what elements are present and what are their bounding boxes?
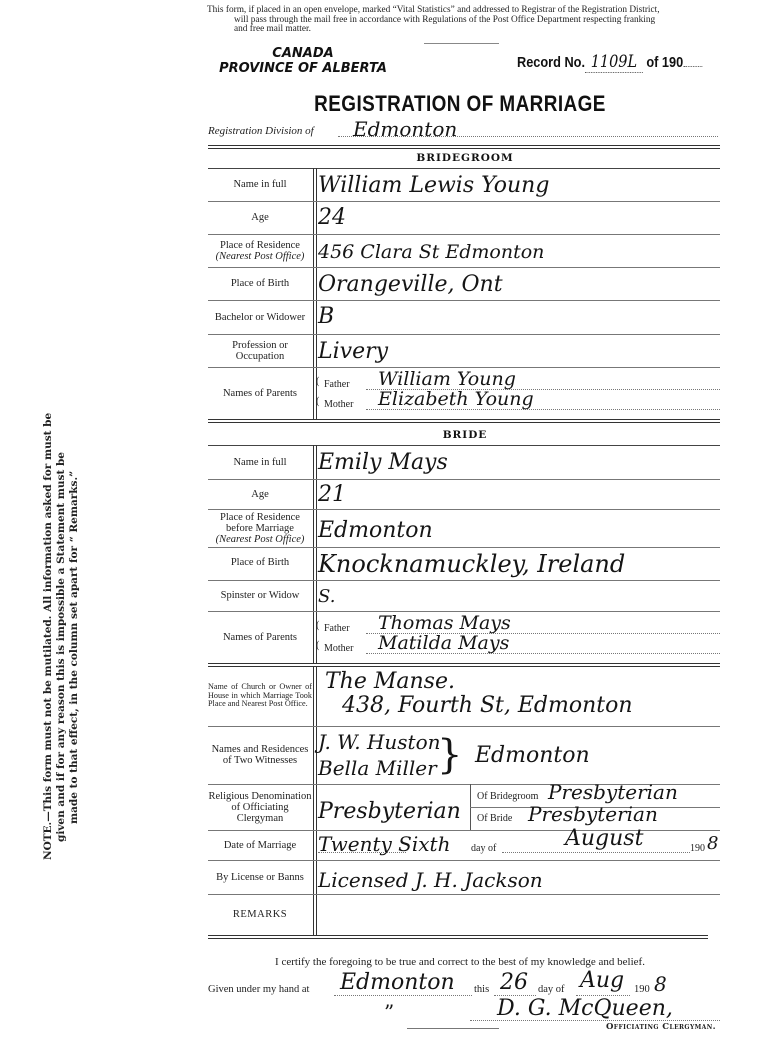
record-number: Record No.1109L of 190	[517, 52, 702, 73]
label-bride-age: Age	[208, 479, 312, 509]
groom-residence-value[interactable]: 456 Clara St Edmonton	[318, 238, 544, 266]
label-groom-name: Name in full	[208, 168, 312, 201]
father-label: Father	[324, 623, 350, 634]
label-bride-residence: Place of Residence before Marriage (Near…	[215, 509, 305, 547]
label-denomination: Religious Denomination of Officiating Cl…	[208, 784, 312, 830]
label-remarks: REMARKS	[208, 894, 312, 935]
year-prefix: 190	[634, 984, 650, 995]
license-value[interactable]: Licensed J. H. Jackson	[318, 866, 543, 894]
country-label: CANADA	[208, 46, 398, 61]
bride-age-value[interactable]: 21	[318, 481, 346, 509]
bride-residence-value[interactable]: Edmonton	[318, 517, 433, 545]
bride-mother-field: ( Mother Matilda Mays	[318, 640, 720, 656]
of-bridegroom-label: Of Bridegroom	[477, 791, 538, 802]
given-month-value[interactable]: Aug	[580, 968, 624, 993]
of-bride-label: Of Bride	[477, 813, 512, 824]
province-label: PROVINCE OF ALBERTA	[208, 61, 398, 76]
date-day-of-label: day of	[471, 843, 496, 854]
record-label: Record No.	[517, 54, 585, 71]
brace-icon: }	[437, 730, 462, 780]
label-groom-residence: Place of Residence (Nearest Post Office)	[208, 234, 312, 267]
mother-label: Mother	[324, 399, 353, 410]
bride-father-value[interactable]: Thomas Mays	[378, 612, 511, 634]
header-divider	[424, 43, 499, 44]
margin-note-line-3: made to that effect, in the column set a…	[68, 300, 81, 860]
label-groom-birthplace: Place of Birth	[208, 267, 312, 300]
table-top-rule	[208, 145, 720, 149]
record-value[interactable]: 1109L	[585, 52, 643, 73]
margin-note: NOTE.—This form must not be mutilated. A…	[42, 300, 142, 860]
margin-note-line-1: NOTE.—This form must not be mutilated. A…	[42, 300, 55, 860]
dotted-line	[334, 995, 472, 996]
dotted-line	[502, 852, 690, 853]
witnesses-residence-value[interactable]: Edmonton	[475, 742, 590, 770]
postal-notice: This form, if placed in an open envelope…	[207, 6, 712, 35]
date-month-value[interactable]: August	[565, 826, 643, 851]
given-place-value[interactable]: Edmonton	[340, 970, 455, 995]
date-day-value[interactable]: Twenty Sixth	[318, 830, 450, 858]
year-suffix-value[interactable]: 8	[654, 972, 667, 996]
label-license: By License or Banns	[215, 860, 305, 894]
section-title-bridegroom: BRIDEGROOM	[210, 152, 720, 164]
certification-statement: I certify the foregoing to be true and c…	[200, 956, 720, 968]
groom-name-value[interactable]: William Lewis Young	[318, 172, 549, 200]
label-witnesses: Names and Residences of Two Witnesses	[210, 726, 310, 784]
groom-mother-field: ( Mother Elizabeth Young	[318, 396, 720, 412]
ditto-mark: ”	[384, 1000, 394, 1024]
label-date: Date of Marriage	[208, 830, 312, 860]
signature-title: Officiating Clergyman.	[606, 1022, 716, 1032]
division-label: Registration Division of	[208, 125, 314, 137]
mother-label: Mother	[324, 643, 353, 654]
witness-1-value[interactable]: J. W. Huston	[318, 728, 441, 756]
groom-mother-value[interactable]: Elizabeth Young	[378, 388, 534, 410]
registration-division: Registration Division of Edmonton	[208, 121, 718, 139]
label-groom-parents: Names of Parents	[208, 367, 312, 419]
groom-status-value[interactable]: B	[318, 303, 334, 331]
brace-icon: (	[316, 620, 319, 631]
groom-father-value[interactable]: William Young	[378, 368, 516, 390]
church-value-line-2[interactable]: 438, Fourth St, Edmonton	[342, 692, 633, 720]
bride-mother-value[interactable]: Matilda Mays	[378, 632, 509, 654]
date-year-prefix: 190	[690, 843, 705, 854]
label-bride-parents: Names of Parents	[208, 611, 312, 663]
bride-status-value[interactable]: S.	[318, 583, 335, 611]
page-title: REGISTRATION OF MARRIAGE	[236, 91, 683, 117]
dotted-line	[318, 852, 406, 853]
bride-name-value[interactable]: Emily Mays	[318, 449, 448, 477]
division-value[interactable]: Edmonton	[353, 117, 457, 141]
label-subtext: (Nearest Post Office)	[216, 534, 305, 545]
date-year-suffix[interactable]: 8	[707, 833, 718, 854]
father-label: Father	[324, 379, 350, 390]
brace-icon: (	[316, 640, 319, 651]
given-day-value[interactable]: 26	[500, 970, 528, 995]
label-bride-name: Name in full	[208, 445, 312, 479]
margin-note-line-2: given and if for any reason this is impo…	[55, 300, 68, 860]
label-subtext: (Nearest Post Office)	[216, 251, 305, 262]
this-label: this	[474, 984, 489, 995]
of-bridegroom-value[interactable]: Presbyterian	[548, 780, 678, 804]
groom-age-value[interactable]: 24	[318, 204, 346, 232]
postal-notice-line-3: and free mail matter.	[207, 25, 712, 35]
label-bride-status: Spinster or Widow	[208, 580, 312, 611]
record-year-label: of 190	[646, 54, 683, 71]
groom-birthplace-value[interactable]: Orangeville, Ont	[318, 271, 503, 299]
table-bottom-rule	[208, 935, 708, 939]
footer-rule	[407, 1028, 499, 1029]
section-title-bride: BRIDE	[210, 429, 720, 441]
label-church: Name of Church or Owner of House in whic…	[208, 666, 312, 726]
day-of-label: day of	[538, 984, 565, 995]
jurisdiction: CANADA PROVINCE OF ALBERTA	[208, 46, 398, 76]
section-rule	[208, 419, 720, 423]
of-bride-value[interactable]: Presbyterian	[528, 802, 658, 826]
label-groom-age: Age	[208, 201, 312, 234]
label-bride-birthplace: Place of Birth	[208, 547, 312, 577]
given-label: Given under my hand at	[208, 984, 309, 995]
brace-icon: (	[316, 376, 319, 387]
label-groom-status: Bachelor or Widower	[210, 300, 310, 334]
bride-birthplace-value[interactable]: Knocknamuckley, Ireland	[318, 550, 625, 578]
groom-occupation-value[interactable]: Livery	[318, 338, 388, 366]
record-year-field[interactable]	[683, 66, 702, 67]
brace-icon: (	[316, 396, 319, 407]
denomination-value[interactable]: Presbyterian	[318, 798, 461, 826]
label-text: Place of Residence	[220, 240, 300, 251]
label-text: Place of Residence before Marriage	[215, 512, 305, 534]
signature-value[interactable]: D. G. McQueen,	[497, 996, 673, 1021]
label-groom-occupation: Profession or Occupation	[215, 334, 305, 367]
witness-2-value[interactable]: Bella Miller	[318, 754, 437, 782]
